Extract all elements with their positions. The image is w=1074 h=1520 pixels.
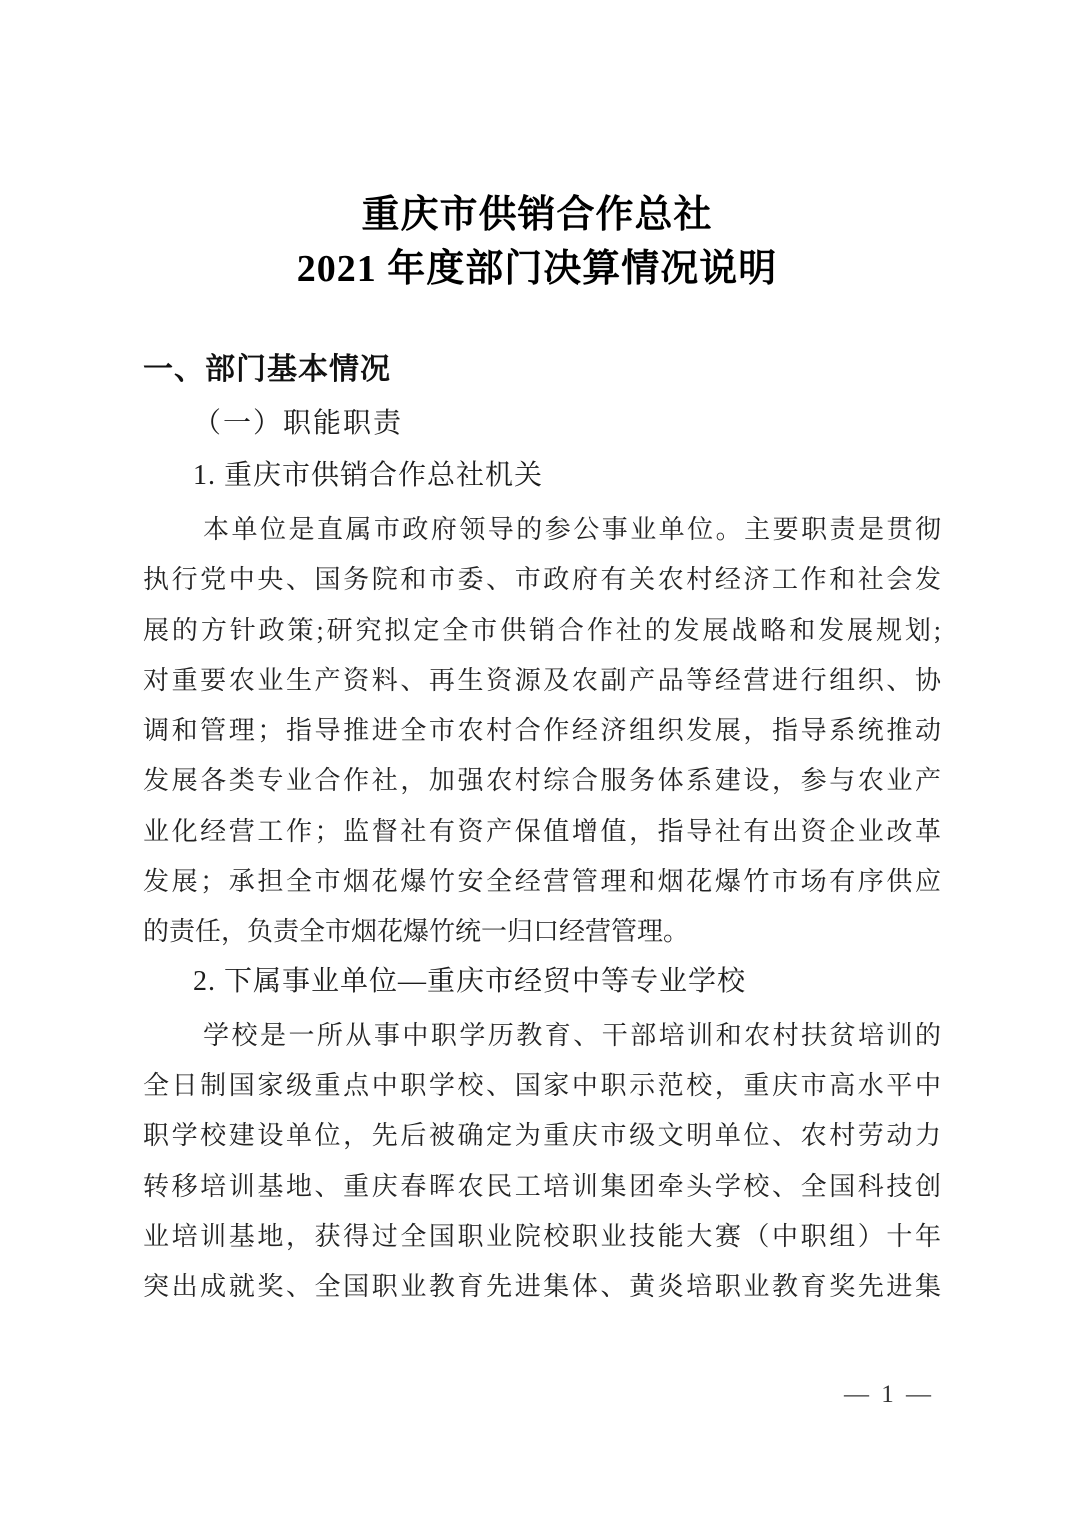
text-line: 发展各类专业合作社，加强农村综合服务体系建设，参与农业产 bbox=[143, 756, 941, 806]
text-line: 执行党中央、国务院和市委、市政府有关农村经济工作和社会发 bbox=[143, 555, 941, 605]
section-heading-1: 一、部门基本情况 bbox=[143, 350, 941, 402]
text-line: 本单位是直属市政府领导的参公事业单位。主要职责是贯彻 bbox=[143, 505, 941, 555]
text-line: 突出成就奖、全国职业教育先进集体、黄炎培职业教育奖先进集 bbox=[143, 1262, 941, 1312]
document-title: 重庆市供销合作总社 2021 年度部门决算情况说明 bbox=[0, 188, 1074, 296]
text-line: 转移培训基地、重庆春晖农民工培训集团牵头学校、全国科技创 bbox=[143, 1162, 941, 1212]
document-body: 一、部门基本情况 （一）职能职责 1. 重庆市供销合作总社机关 本单位是直属市政… bbox=[143, 350, 941, 1312]
text-line: 全日制国家级重点中职学校、国家中职示范校，重庆市高水平中 bbox=[143, 1061, 941, 1111]
text-line: 展的方针政策;研究拟定全市供销合作社的发展战略和发展规划; bbox=[143, 606, 941, 656]
text-line: 学校是一所从事中职学历教育、干部培训和农村扶贫培训的 bbox=[143, 1011, 941, 1061]
text-line: 的责任，负责全市烟花爆竹统一归口经营管理。 bbox=[143, 907, 941, 957]
paragraph-1: 本单位是直属市政府领导的参公事业单位。主要职责是贯彻执行党中央、国务院和市委、市… bbox=[143, 505, 941, 958]
title-line-2: 2021 年度部门决算情况说明 bbox=[0, 242, 1074, 296]
text-line: 业培训基地，获得过全国职业院校职业技能大赛（中职组）十年 bbox=[143, 1212, 941, 1262]
text-line: 发展；承担全市烟花爆竹安全经营管理和烟花爆竹市场有序供应 bbox=[143, 857, 941, 907]
text-line: 对重要农业生产资料、再生资源及农副产品等经营进行组织、协 bbox=[143, 656, 941, 706]
text-line: 业化经营工作；监督社有资产保值增值，指导社有出资企业改革 bbox=[143, 807, 941, 857]
item-heading-1: 1. 重庆市供销合作总社机关 bbox=[143, 452, 941, 505]
item-heading-2: 2. 下属事业单位—重庆市经贸中等专业学校 bbox=[143, 958, 941, 1011]
text-line: 调和管理；指导推进全市农村合作经济组织发展，指导系统推动 bbox=[143, 706, 941, 756]
title-line-1: 重庆市供销合作总社 bbox=[0, 188, 1074, 242]
subsection-heading-1: （一）职能职责 bbox=[143, 402, 941, 452]
document-page: 重庆市供销合作总社 2021 年度部门决算情况说明 一、部门基本情况 （一）职能… bbox=[0, 0, 1074, 1520]
text-line: 职学校建设单位，先后被确定为重庆市级文明单位、农村劳动力 bbox=[143, 1111, 941, 1161]
paragraph-2: 学校是一所从事中职学历教育、干部培训和农村扶贫培训的全日制国家级重点中职学校、国… bbox=[143, 1011, 941, 1313]
page-number: — 1 — bbox=[844, 1381, 934, 1409]
